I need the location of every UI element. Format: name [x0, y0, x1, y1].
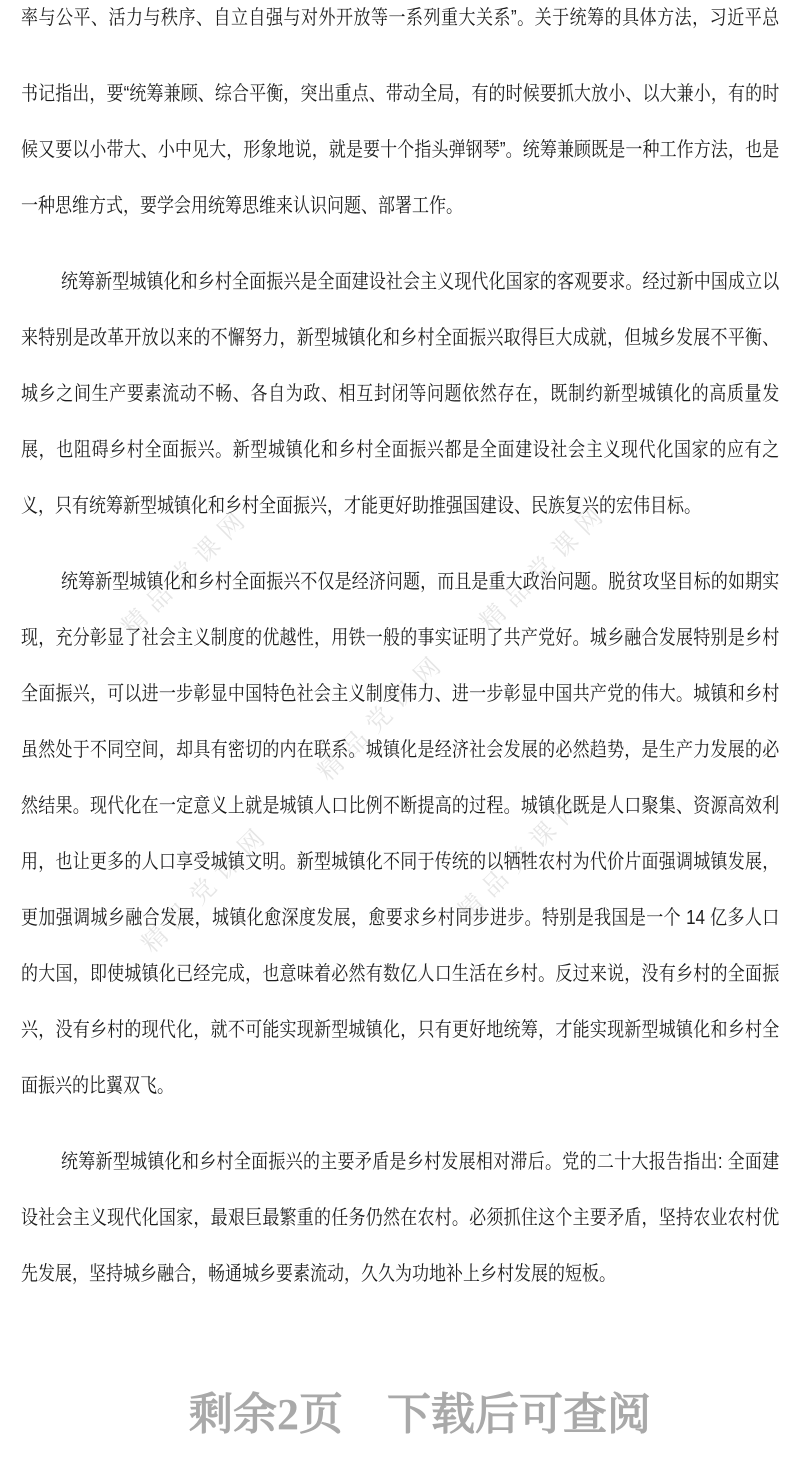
paragraph-political-issue: 统筹新型城镇化和乡村全面振兴不仅是经济问题，而且是重大政治问题。脱贫攻坚目标的如… — [21, 554, 779, 1114]
download-hint-label: 下载后可查阅 — [387, 1378, 651, 1442]
paragraph-overall-planning-method: 书记指出，要“统筹兼顾、综合平衡，突出重点、带动全局，有的时候要抓大放小、以大兼… — [21, 66, 779, 234]
document-page: 精品党课网 精品党课网 精品党课网 精品党课网 精品党课网 率与公平、活力与秩序… — [0, 0, 800, 1483]
document-body: 率与公平、活力与秩序、自立自强与对外开放等一系列重大关系”。关于统筹的具体方法，… — [21, 0, 779, 1322]
paragraph-main-contradiction: 统筹新型城镇化和乡村全面振兴的主要矛盾是乡村发展相对滞后。党的二十大报告指出: … — [21, 1134, 779, 1302]
paragraph-continuation-line: 率与公平、活力与秩序、自立自强与对外开放等一系列重大关系”。关于统筹的具体方法，… — [21, 0, 779, 46]
remaining-pages-label: 剩余2页 — [189, 1378, 343, 1442]
paragraph-objective-requirement: 统筹新型城镇化和乡村全面振兴是全面建设社会主义现代化国家的客观要求。经过新中国成… — [21, 254, 779, 534]
preview-footer: 剩余2页 下载后可查阅 — [0, 1378, 800, 1442]
